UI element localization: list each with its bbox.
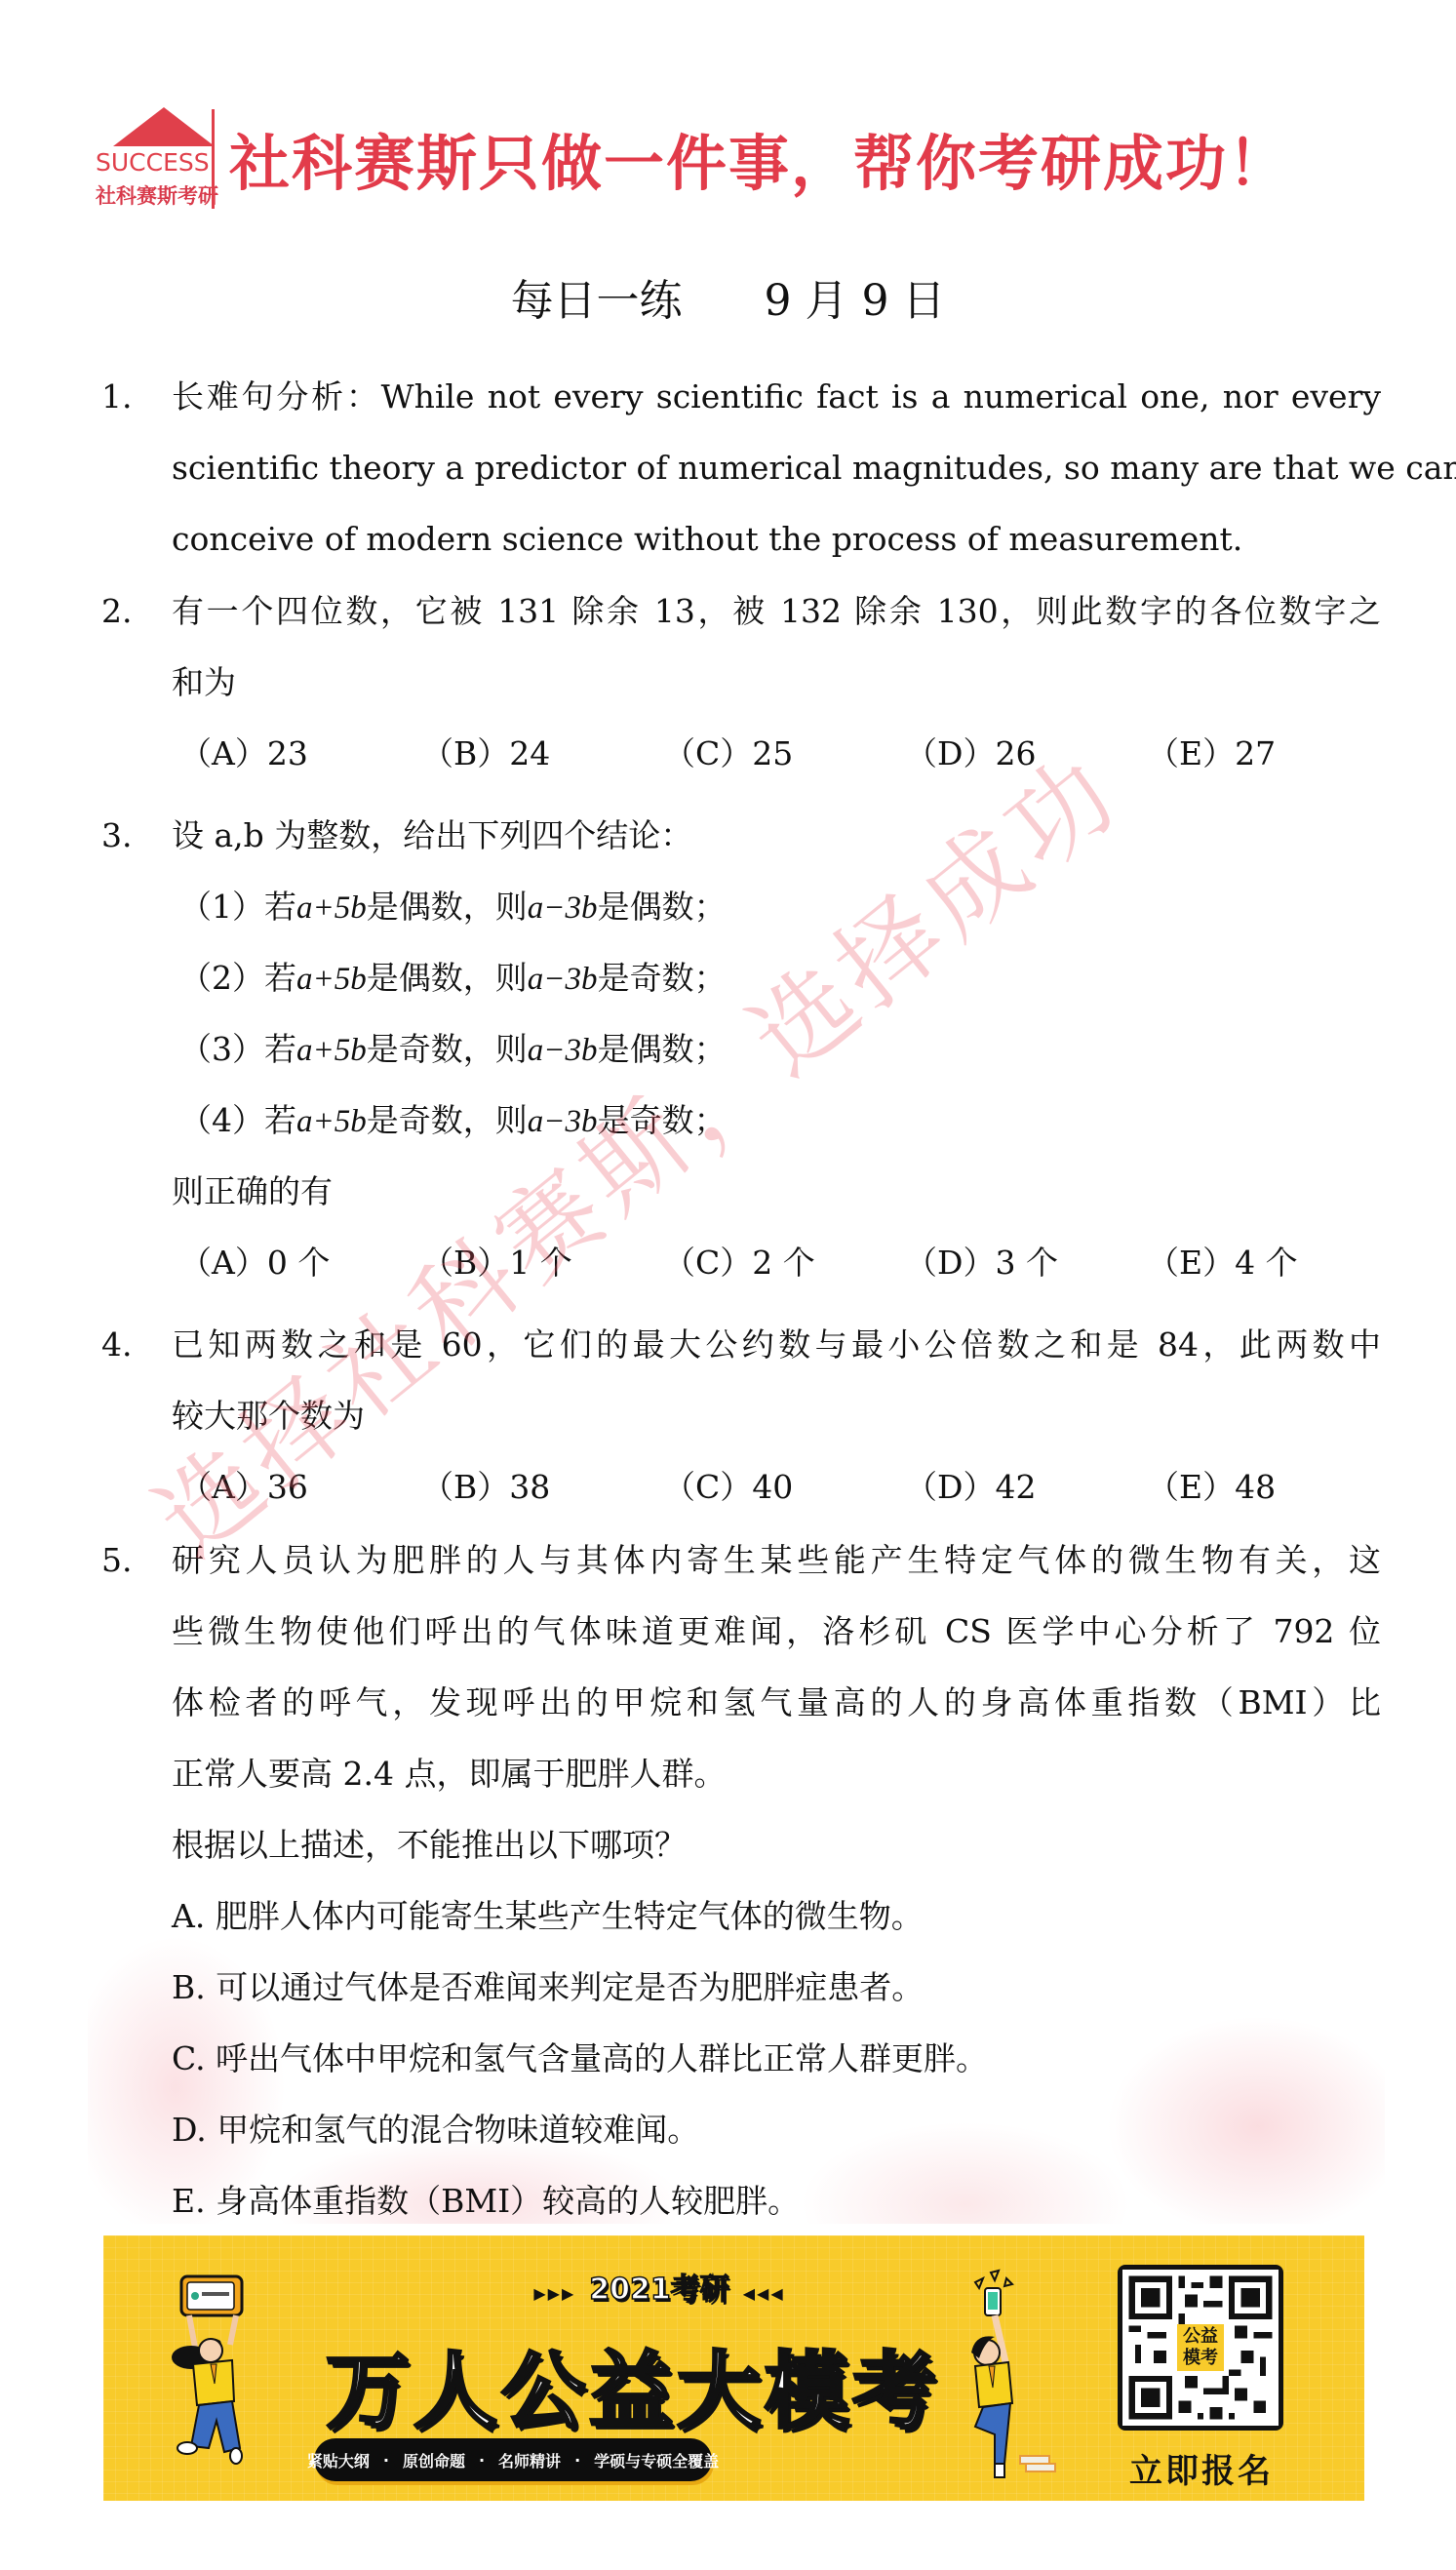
feature-item: 名师精讲 (498, 2449, 561, 2471)
condition-3: （3）若a+5b是奇数，则a−3b是偶数； (172, 1013, 1381, 1085)
option-b: （B）38 (413, 1451, 655, 1522)
option-a: （A）36 (172, 1451, 413, 1522)
choice-c: C. 呼出气体中甲烷和氢气含量高的人群比正常人群更胖。 (172, 2023, 1381, 2094)
answer-options: （A）0 个 （B）1 个 （C）2 个 （D）3 个 （E）4 个 (172, 1227, 1381, 1298)
feature-item: 学硕与专硕全覆盖 (594, 2449, 719, 2471)
separator-dot: · (383, 2451, 389, 2470)
option-d: （D）3 个 (897, 1227, 1139, 1298)
question-text-line: conceive of modern science without the p… (172, 503, 1381, 574)
logo-text-cn: 社科赛斯考研 (96, 180, 218, 210)
option-d: （D）26 (897, 718, 1139, 789)
choice-b: B. 可以通过气体是否难闻来判定是否为肥胖症患者。 (172, 1952, 1381, 2023)
banner-subtitle: ▶▶▶2021考研◀◀◀ (464, 2265, 854, 2308)
question-text-line: 正常人要高 2.4 点，即属于肥胖人群。 (172, 1738, 1381, 1809)
option-a: （A）23 (172, 718, 413, 789)
header-slogan: 社科赛斯只做一件事，帮你考研成功！ (229, 115, 1290, 202)
option-e: （E）48 (1139, 1451, 1381, 1522)
question-text-line: scientific theory a predictor of numeric… (172, 432, 1381, 503)
option-e: （E）27 (1139, 718, 1381, 789)
question-text-line: 设 a,b 为整数，给出下列四个结论： (172, 800, 1381, 871)
arrows-left-icon: ◀◀◀ (743, 2284, 785, 2303)
page-header: SUCCESS 社科赛斯考研 社科赛斯只做一件事，帮你考研成功！ (0, 0, 1456, 244)
banner-title: 万人公益大模考 (326, 2323, 940, 2444)
question-text-line: 研究人员认为肥胖的人与其体内寄生某些能产生特定气体的微生物有关，这 (172, 1524, 1381, 1596)
answer-options: （A）36 （B）38 （C）40 （D）42 （E）48 (172, 1451, 1381, 1522)
choice-a: A. 肥胖人体内可能寄生某些产生特定气体的微生物。 (172, 1880, 1381, 1952)
choice-e: E. 身高体重指数（BMI）较高的人较肥胖。 (172, 2165, 1381, 2236)
feature-item: 紧贴大纲 (307, 2449, 370, 2471)
cheering-girl-illustration (962, 2269, 1069, 2493)
option-e: （E）4 个 (1139, 1227, 1381, 1298)
condition-2: （2）若a+5b是偶数，则a−3b是奇数； (172, 942, 1381, 1013)
option-c: （C）40 (655, 1451, 897, 1522)
feature-pill: 紧贴大纲 · 原创命题 · 名师精讲 · 学硕与专硕全覆盖 (314, 2438, 712, 2481)
question-text-line: 和为 (172, 647, 1381, 718)
qr-code[interactable]: 公益 模考 (1118, 2265, 1283, 2431)
question-number: 5. (101, 1524, 160, 1596)
question-prompt: 根据以上描述，不能推出以下哪项？ (172, 1809, 1381, 1880)
question-text-line: 长难句分析：While not every scientific fact is… (172, 361, 1381, 432)
answer-options: （A）23 （B）24 （C）25 （D）26 （E）27 (172, 718, 1381, 789)
question-text-line: 已知两数之和是 60，它们的最大公约数与最小公倍数之和是 84，此两数中 (172, 1309, 1381, 1380)
jumping-girl-illustration (162, 2274, 279, 2479)
option-b: （B）1 个 (413, 1227, 655, 1298)
qr-center-label: 公益 模考 (1177, 2324, 1224, 2371)
brand-logo: SUCCESS 社科赛斯考研 (96, 107, 242, 215)
register-now-button[interactable]: 立即报名 (1116, 2444, 1287, 2492)
question-text-line: 些微生物使他们呼出的气体味道更难闻，洛杉矶 CS 医学中心分析了 792 位 (172, 1596, 1381, 1667)
question-number: 2. (101, 575, 160, 647)
question-number: 3. (101, 800, 160, 871)
question-text-line: 体检者的呼气，发现呼出的甲烷和氢气量高的人的身高体重指数（BMI）比 (172, 1667, 1381, 1738)
question-number: 1. (101, 361, 160, 432)
condition-1: （1）若a+5b是偶数，则a−3b是偶数； (172, 871, 1381, 942)
feature-item: 原创命题 (403, 2449, 465, 2471)
separator-dot: · (479, 2451, 485, 2470)
logo-text-en: SUCCESS (96, 148, 242, 177)
arrows-right-icon: ▶▶▶ (533, 2284, 575, 2303)
promo-banner[interactable]: ▶▶▶2021考研◀◀◀ 万人公益大模考 紧贴大纲 · 原创命题 · 名师精讲 … (103, 2235, 1364, 2501)
option-b: （B）24 (413, 718, 655, 789)
question-text-line: 有一个四位数，它被 131 除余 13，被 132 除余 130，则此数字的各位… (172, 575, 1381, 647)
question-number: 4. (101, 1309, 160, 1380)
option-c: （C）25 (655, 718, 897, 789)
option-d: （D）42 (897, 1451, 1139, 1522)
separator-dot: · (574, 2451, 580, 2470)
header-divider (212, 109, 215, 209)
question-text-line: 较大那个数为 (172, 1380, 1381, 1451)
option-a: （A）0 个 (172, 1227, 413, 1298)
option-c: （C）2 个 (655, 1227, 897, 1298)
roof-icon (113, 107, 215, 146)
condition-4: （4）若a+5b是奇数，则a−3b是奇数； (172, 1085, 1381, 1156)
choice-d: D. 甲烷和氢气的混合物味道较难闻。 (172, 2094, 1381, 2165)
question-prompt: 则正确的有 (172, 1156, 1381, 1227)
page-title: 每日一练 9 月 9 日 (0, 265, 1456, 328)
